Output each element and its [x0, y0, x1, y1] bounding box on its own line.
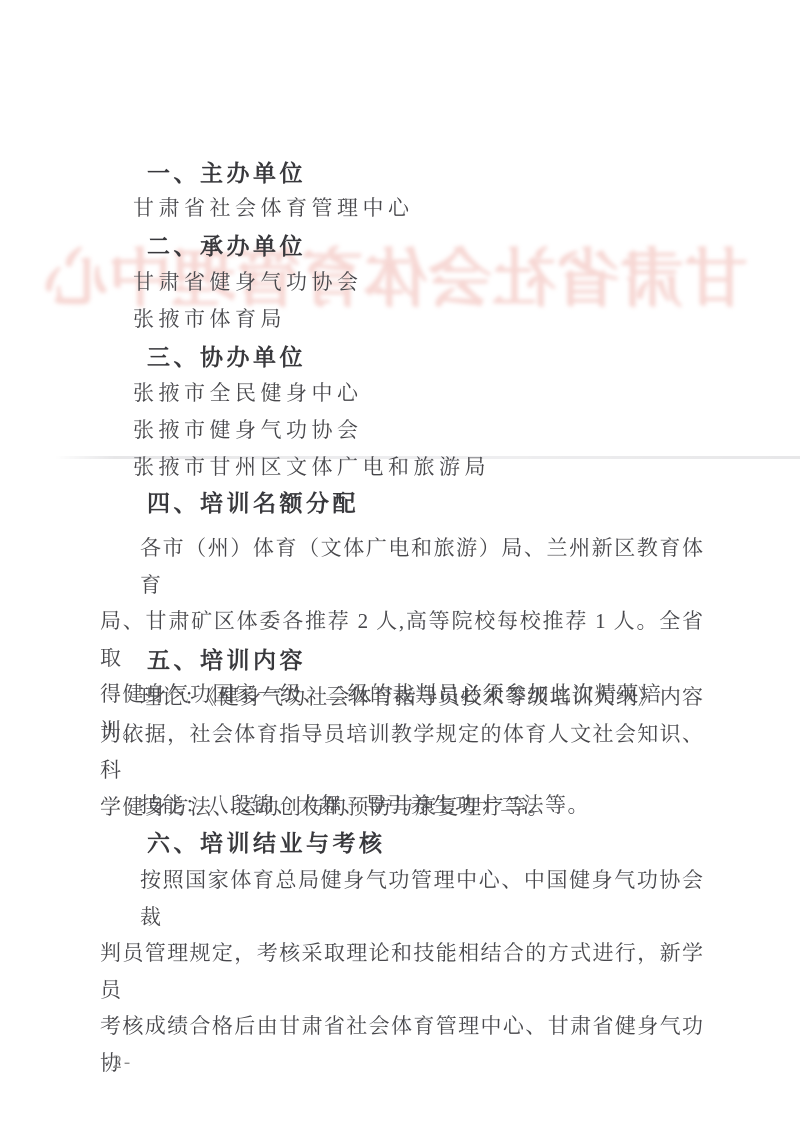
scanned-document-page: 甘肃省社会体育管理中心 一、主办单位 甘肃省社会体育管理中心 二、承办单位 甘肃… [0, 0, 800, 1132]
org-line: 张掖市甘州区文体广电和旅游局 [133, 457, 490, 478]
section-heading-6: 六、培训结业与考核 [147, 832, 386, 855]
page-number: -2- [104, 1052, 132, 1074]
org-line: 张掖市体育局 [133, 309, 286, 330]
org-line: 张掖市健身气功协会 [133, 420, 363, 441]
section-heading-4: 四、培训名额分配 [147, 492, 359, 515]
body-line: 判员管理规定，考核采取理论和技能相结合的方式进行，新学员 [100, 935, 704, 1008]
body-line: 各市（州）体育（文体广电和旅游）局、兰州新区教育体育 [100, 530, 704, 603]
section-heading-3: 三、协办单位 [147, 346, 306, 369]
body-line: 考核成绩合格后由甘肃省社会体育管理中心、甘肃省健身气功协 [100, 1008, 704, 1081]
body-line: 技能：八段锦、大舞、导引养生功十二法等。 [100, 787, 704, 824]
paragraph-assessment: 按照国家体育总局健身气功管理中心、中国健身气功协会裁 判员管理规定，考核采取理论… [100, 862, 704, 1081]
paragraph-skills: 技能：八段锦、大舞、导引养生功十二法等。 [100, 787, 704, 824]
org-line: 张掖市全民健身中心 [133, 383, 363, 404]
body-line: 为依据，社会体育指导员培训教学规定的体育人文社会知识、科 [100, 716, 704, 789]
section-heading-1: 一、主办单位 [147, 162, 306, 185]
section-heading-5: 五、培训内容 [147, 649, 306, 672]
body-line: 按照国家体育总局健身气功管理中心、中国健身气功协会裁 [100, 862, 704, 935]
section-heading-2: 二、承办单位 [147, 235, 306, 258]
org-line: 甘肃省社会体育管理中心 [133, 198, 414, 219]
body-line: 理论：《健身气功社会体育指导员技术等级培训大纲》内容 [100, 679, 704, 716]
org-line: 甘肃省健身气功协会 [133, 272, 363, 293]
